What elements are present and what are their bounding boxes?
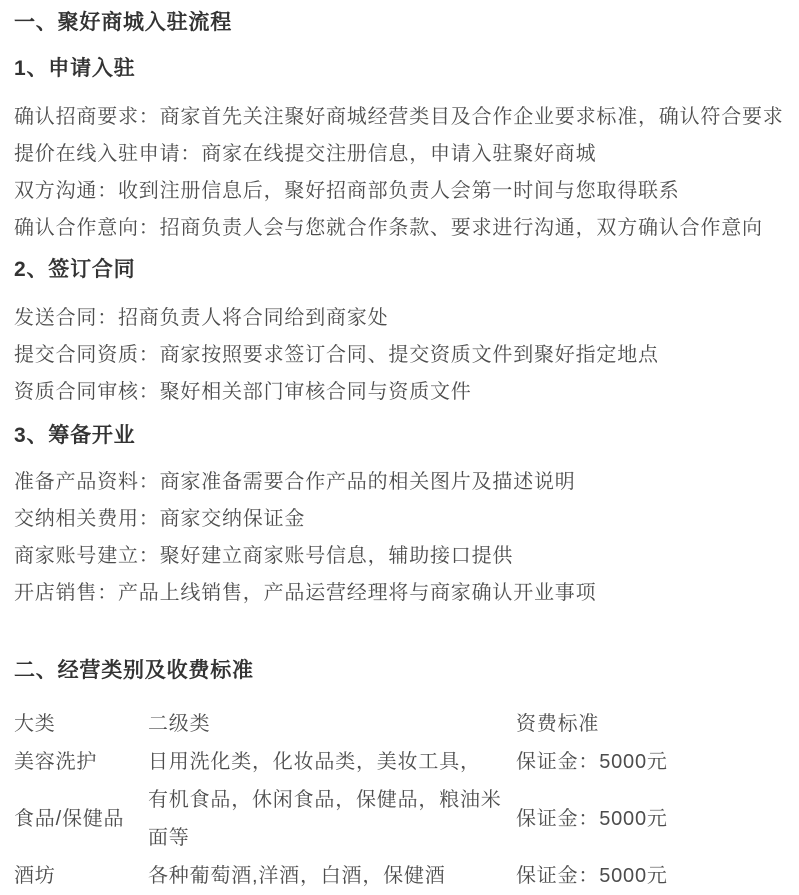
paragraph-opening: 准备产品资料：商家准备需要合作产品的相关图片及描述说明 交纳相关费用：商家交纳保… [14,464,791,612]
table-cell-category: 食品/保健品 [14,781,148,857]
table-cell-fee: 保证金：5000元 [516,743,789,781]
paragraph-line: 交纳相关费用：商家交纳保证金 [14,501,791,538]
table-cell-subcategory: 日用洗化类，化妆品类，美妆工具， [148,743,516,781]
paragraph-contract: 发送合同：招商负责人将合同给到商家处 提交合同资质：商家按照要求签订合同、提交资… [14,300,791,411]
table-header-fee: 资费标准 [516,705,789,743]
paragraph-line: 发送合同：招商负责人将合同给到商家处 [14,300,791,337]
table-header-category: 大类 [14,705,148,743]
paragraph-line: 双方沟通：收到注册信息后，聚好招商部负责人会第一时间与您取得联系 [14,173,791,210]
section-heading-1: 一、聚好商城入驻流程 [14,8,791,37]
subsection-heading-apply: 1、申请入驻 [14,54,791,83]
document: 一、聚好商城入驻流程 1、申请入驻 确认招商要求：商家首先关注聚好商城经营类目及… [0,0,799,895]
paragraph-line: 提交合同资质：商家按照要求签订合同、提交资质文件到聚好指定地点 [14,337,791,374]
paragraph-line: 确认合作意向：招商负责人会与您就合作条款、要求进行沟通，双方确认合作意向 [14,210,791,247]
table-header-subcategory: 二级类 [148,705,516,743]
fee-table: 大类 二级类 资费标准 美容洗护 日用洗化类，化妆品类，美妆工具， 保证金：50… [14,705,789,895]
table-row: 酒坊 各种葡萄酒,洋酒，白酒，保健酒 保证金：5000元 [14,857,789,895]
section-heading-2: 二、经营类别及收费标准 [14,656,791,685]
table-cell-subcategory: 有机食品，休闲食品，保健品，粮油米 面等 [148,781,516,857]
table-cell-category: 美容洗护 [14,743,148,781]
table-row: 美容洗护 日用洗化类，化妆品类，美妆工具， 保证金：5000元 [14,743,789,781]
paragraph-apply: 确认招商要求：商家首先关注聚好商城经营类目及合作企业要求标准，确认符合要求 提价… [14,99,791,247]
subsection-heading-contract: 2、签订合同 [14,255,791,284]
table-cell-fee: 保证金：5000元 [516,781,789,857]
paragraph-line: 商家账号建立：聚好建立商家账号信息，辅助接口提供 [14,538,791,575]
subsection-heading-opening: 3、筹备开业 [14,421,791,450]
table-cell-fee: 保证金：5000元 [516,857,789,895]
table-row: 食品/保健品 有机食品，休闲食品，保健品，粮油米 面等 保证金：5000元 [14,781,789,857]
table-cell-category: 酒坊 [14,857,148,895]
table-cell-subcategory: 各种葡萄酒,洋酒，白酒，保健酒 [148,857,516,895]
paragraph-line: 资质合同审核：聚好相关部门审核合同与资质文件 [14,374,791,411]
paragraph-line: 开店销售：产品上线销售，产品运营经理将与商家确认开业事项 [14,575,791,612]
table-header-row: 大类 二级类 资费标准 [14,705,789,743]
paragraph-line: 提价在线入驻申请：商家在线提交注册信息，申请入驻聚好商城 [14,136,791,173]
paragraph-line: 准备产品资料：商家准备需要合作产品的相关图片及描述说明 [14,464,791,501]
paragraph-line: 确认招商要求：商家首先关注聚好商城经营类目及合作企业要求标准，确认符合要求 [14,99,791,136]
